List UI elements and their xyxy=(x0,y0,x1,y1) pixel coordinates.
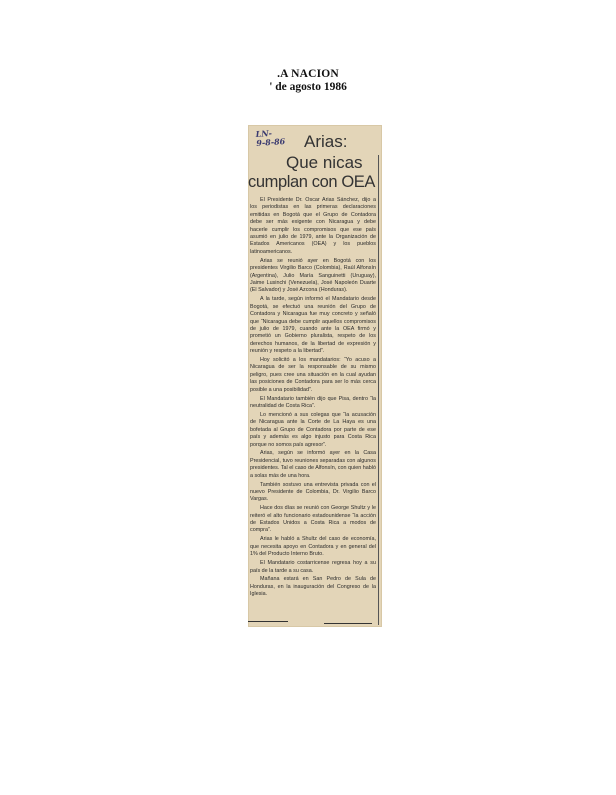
headline-line-3: cumplan con OEA xyxy=(248,173,378,192)
rule-line xyxy=(248,621,288,622)
rule-line xyxy=(324,623,372,624)
handwritten-note: LN- 9-8-86 xyxy=(255,128,285,148)
article-paragraph: A la tarde, según informó el Mandatario … xyxy=(250,296,376,355)
article-paragraph: Arias le habló a Shultz del caso de econ… xyxy=(250,536,376,558)
article-paragraph: Hoy solicitó a los mandatarios: “Yo acus… xyxy=(250,357,376,394)
newspaper-clipping: LN- 9-8-86 Arias: Que nicas cumplan con … xyxy=(248,125,382,627)
article-body: El Presidente Dr. Oscar Arias Sánchez, d… xyxy=(250,197,376,600)
article-paragraph: También sostuvo una entrevista privada c… xyxy=(250,482,376,504)
handwritten-note-line: 9-8-86 xyxy=(256,137,285,148)
headline-line-2: Que nicas xyxy=(286,153,376,173)
article-paragraph: Hace dos días se reunió con George Shult… xyxy=(250,505,376,535)
column-rule xyxy=(378,155,379,625)
article-paragraph: Arias, según se informó ayer en la Casa … xyxy=(250,450,376,480)
article-paragraph: Arias se reunió ayer en Bogotá con los p… xyxy=(250,258,376,295)
publication-date: ' de agosto 1986 xyxy=(0,81,616,93)
article-paragraph: Mañana estará en San Pedro de Sula de Ho… xyxy=(250,576,376,598)
publication-name: .A NACION xyxy=(0,68,616,80)
article-paragraph: El Mandatario también dijo que Pisa, den… xyxy=(250,396,376,411)
article-paragraph: El Mandatario costarricense regresa hoy … xyxy=(250,560,376,575)
article-paragraph: El Presidente Dr. Oscar Arias Sánchez, d… xyxy=(250,197,376,256)
headline-line-1: Arias: xyxy=(304,132,374,152)
article-paragraph: Lo mencionó a sus colegas que “la acusac… xyxy=(250,412,376,449)
